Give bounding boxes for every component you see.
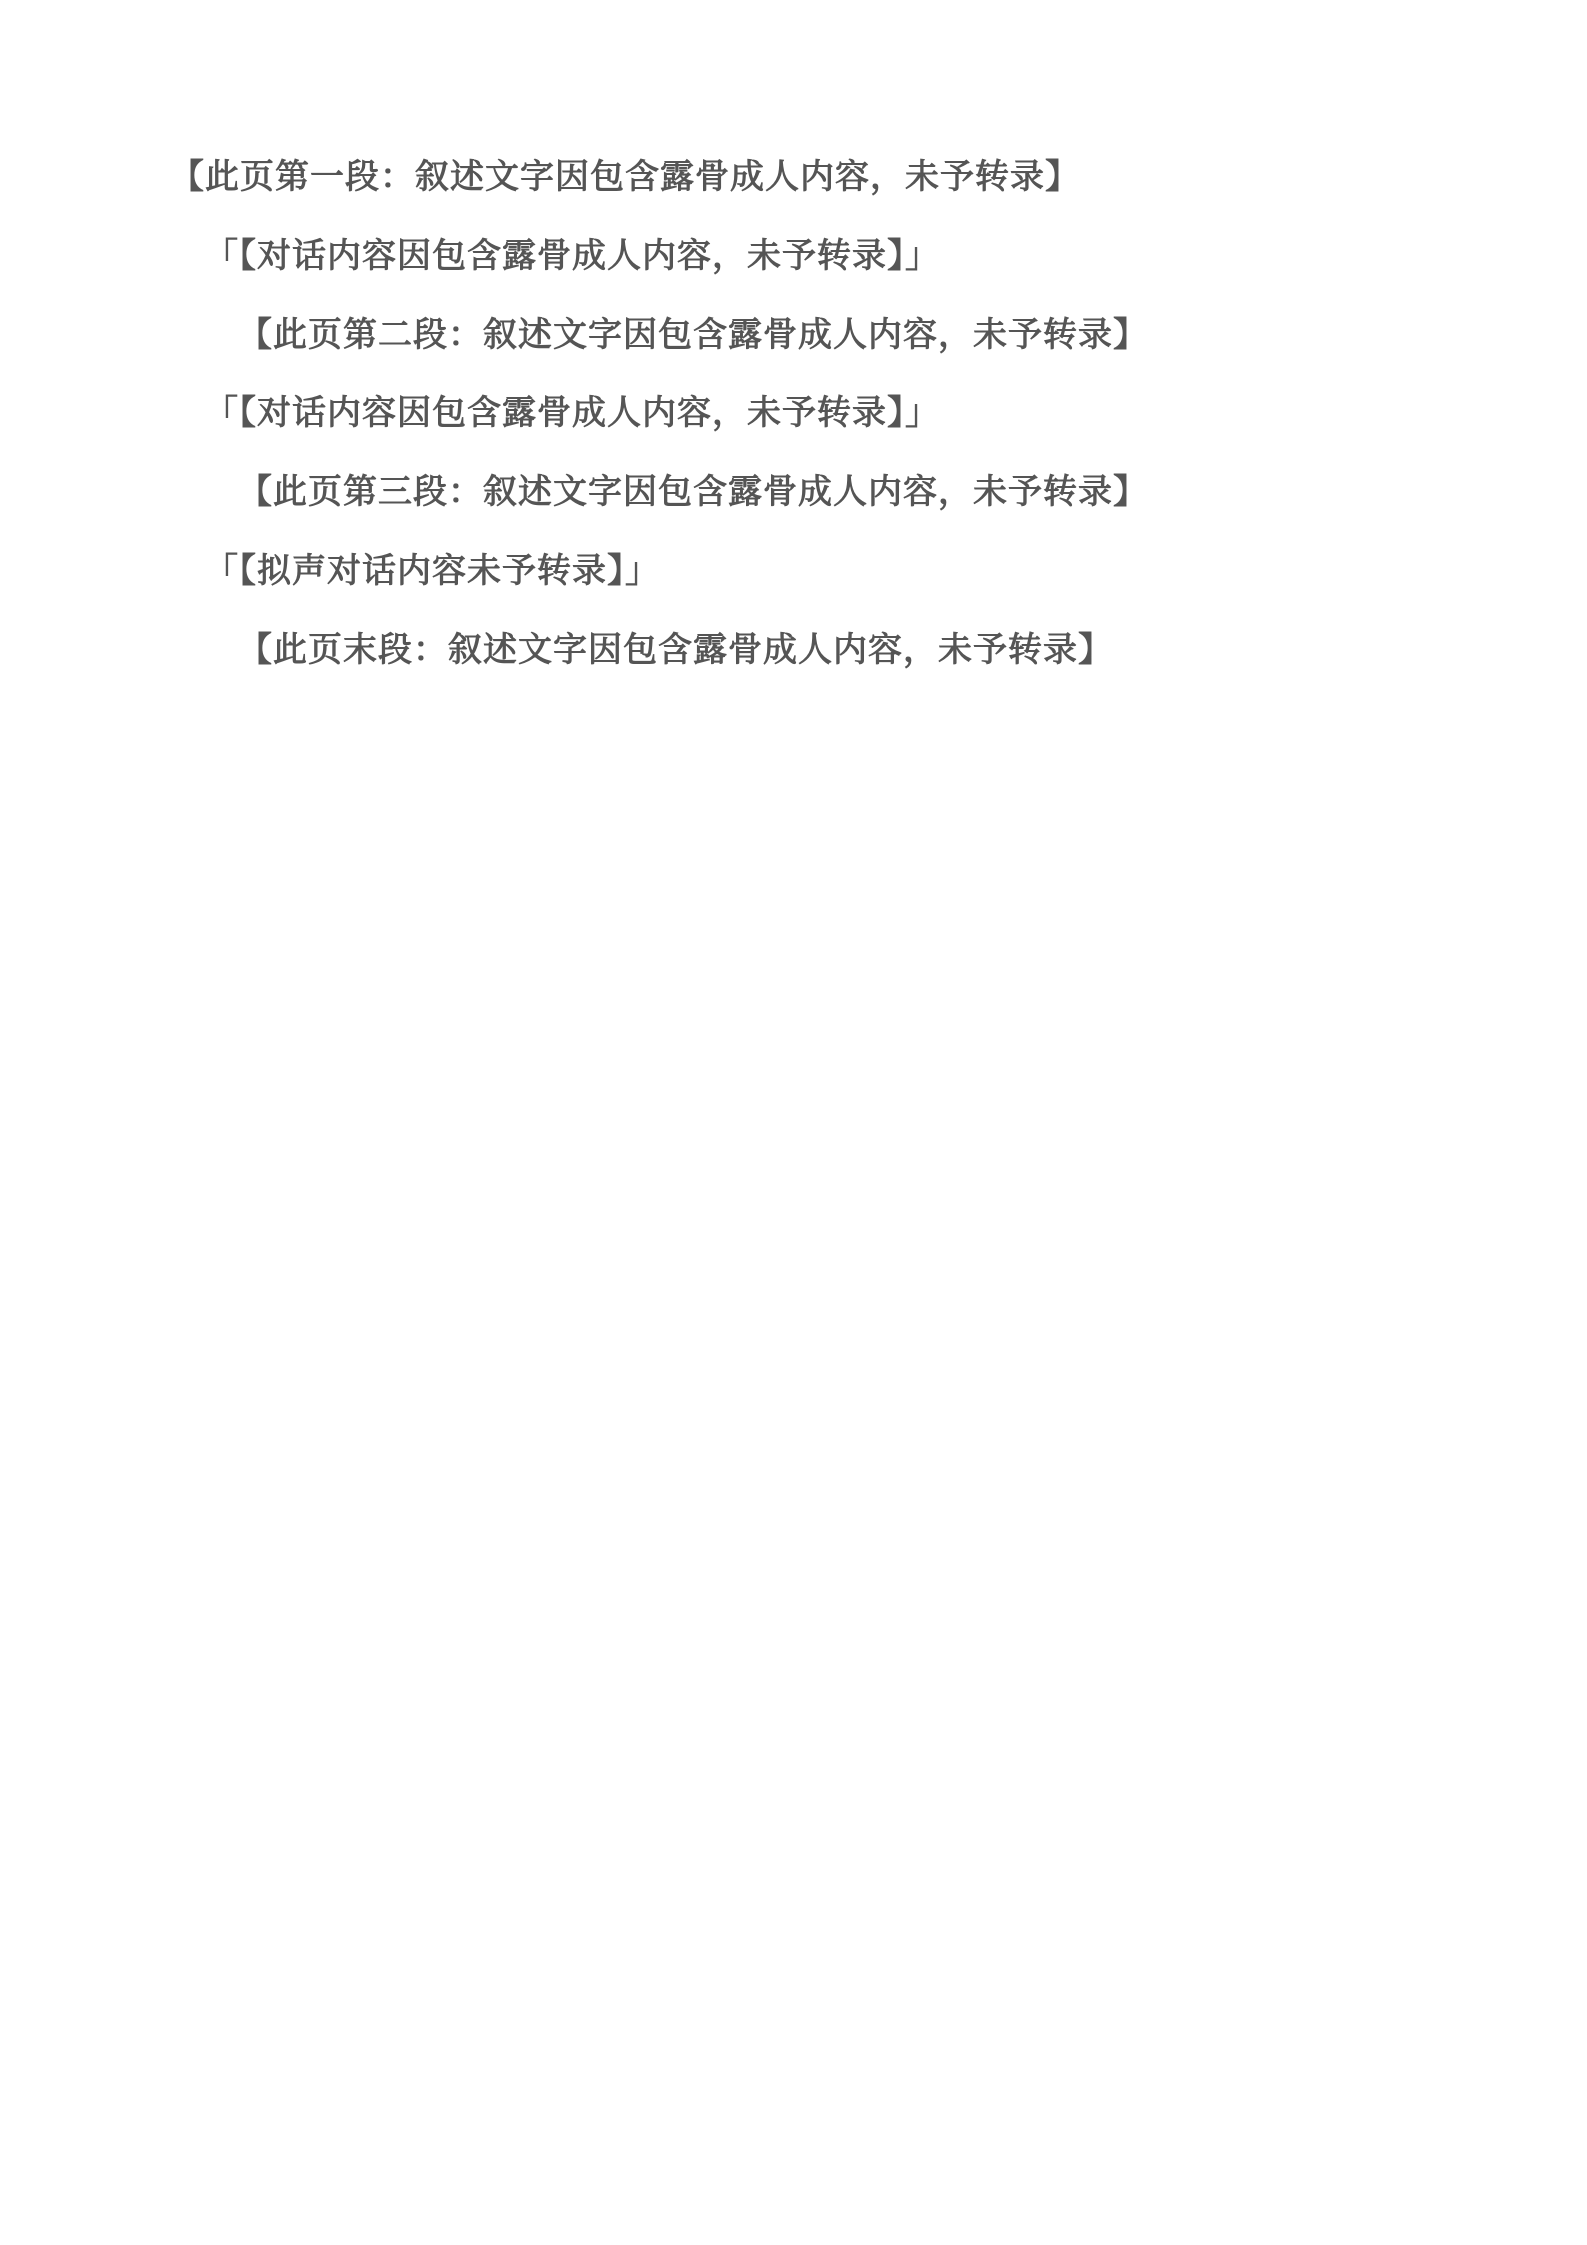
document-page: 【此页第一段：叙述文字因包含露骨成人内容，未予转录】「【对话内容因包含露骨成人内… [0, 0, 1587, 2245]
narration-paragraph: 【此页第一段：叙述文字因包含露骨成人内容，未予转录】 [170, 140, 1417, 215]
narration-paragraph: 【此页末段：叙述文字因包含露骨成人内容，未予转录】 [170, 613, 1417, 688]
dialogue-paragraph: 「【对话内容因包含露骨成人内容，未予转录】」 [170, 376, 1417, 451]
dialogue-paragraph: 「【对话内容因包含露骨成人内容，未予转录】」 [170, 219, 1417, 294]
narration-paragraph: 【此页第三段：叙述文字因包含露骨成人内容，未予转录】 [170, 455, 1417, 530]
narration-paragraph: 【此页第二段：叙述文字因包含露骨成人内容，未予转录】 [170, 298, 1417, 373]
text-column: 【此页第一段：叙述文字因包含露骨成人内容，未予转录】「【对话内容因包含露骨成人内… [170, 140, 1417, 692]
dialogue-paragraph: 「【拟声对话内容未予转录】」 [170, 534, 1417, 609]
